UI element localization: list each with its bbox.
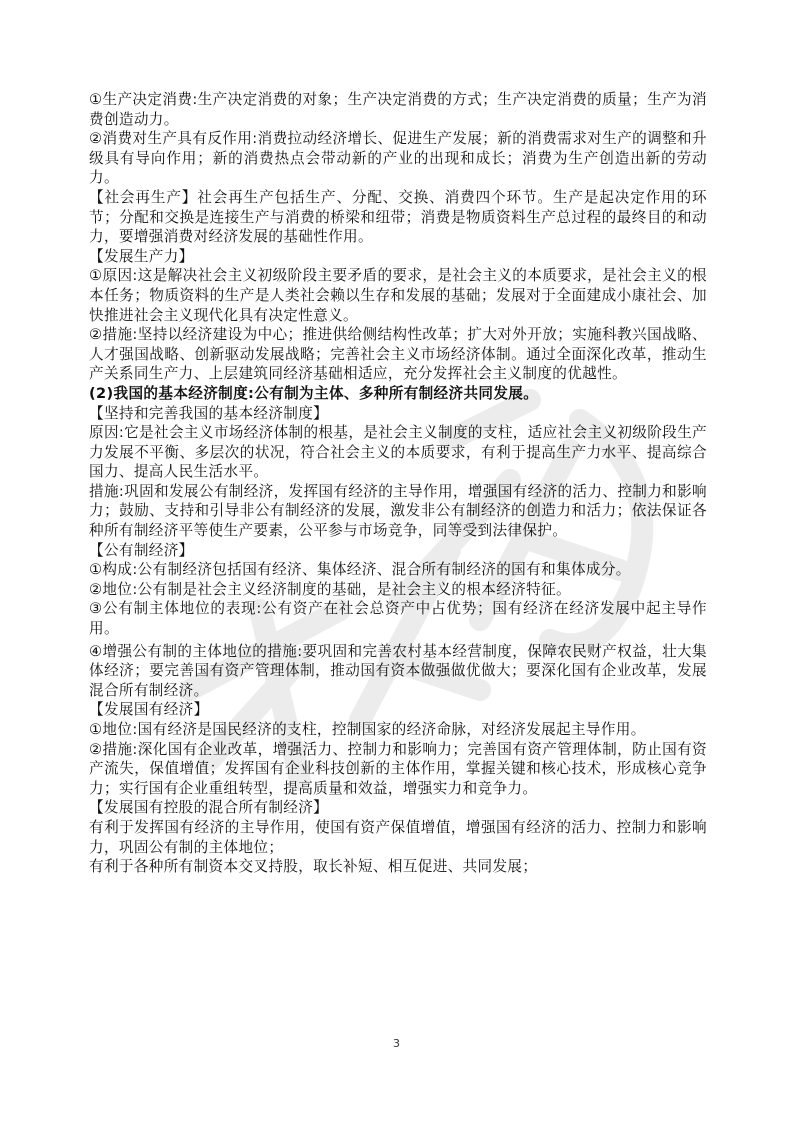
paragraph-consumption-reacts-on-production: ②消费对生产具有反作用:消费拉动经济增长、促进生产发展；新的消费需求对生产的调整…: [89, 129, 707, 188]
heading-public-ownership: 【公有制经济】: [89, 541, 707, 561]
paragraph-productivity-measures: ②措施:坚持以经济建设为中心；推进供给侧结构性改革；扩大对外开放；实施科教兴国战…: [89, 325, 707, 384]
paragraph-state-owned-measures: ②措施:深化国有企业改革，增强活力、控制力和影响力；完善国有资产管理体制，防止国…: [89, 740, 707, 799]
paragraph-public-ownership-composition: ①构成:公有制经济包括国有经济、集体经济、混合所有制经济的国有和集体成分。: [89, 560, 707, 580]
paragraph-public-ownership-status: ②地位:公有制是社会主义经济制度的基础，是社会主义的根本经济特征。: [89, 580, 707, 600]
page-number: 3: [0, 1037, 793, 1050]
paragraph-production-determines-consumption: ①生产决定消费:生产决定消费的对象；生产决定消费的方式；生产决定消费的质量；生产…: [89, 90, 707, 129]
paragraph-productivity-reason: ①原因:这是解决社会主义初级阶段主要矛盾的要求，是社会主义的本质要求，是社会主义…: [89, 266, 707, 325]
heading-mixed-ownership: 【发展国有控股的混合所有制经济】: [89, 798, 707, 818]
heading-state-owned-economy: 【发展国有经济】: [89, 700, 707, 720]
paragraph-basic-system-reason: 原因:它是社会主义市场经济体制的根基，是社会主义制度的支柱，适应社会主义初级阶段…: [89, 423, 707, 482]
heading-uphold-basic-economic-system: 【坚持和完善我国的基本经济制度】: [89, 404, 707, 424]
paragraph-mixed-ownership-benefit-1: 有利于发挥国有经济的主导作用，使国有资产保值增值，增强国有经济的活力、控制力和影…: [89, 818, 707, 857]
paragraph-basic-system-measures: 措施:巩固和发展公有制经济，发挥国有经济的主导作用，增强国有经济的活力、控制力和…: [89, 482, 707, 541]
heading-develop-productivity: 【发展生产力】: [89, 247, 707, 267]
document-body: ①生产决定消费:生产决定消费的对象；生产决定消费的方式；生产决定消费的质量；生产…: [89, 90, 707, 877]
paragraph-public-ownership-dominance: ③公有制主体地位的表现:公有资产在社会总资产中占优势；国有经济在经济发展中起主导…: [89, 599, 707, 638]
paragraph-social-reproduction: 【社会再生产】社会再生产包括生产、分配、交换、消费四个环节。生产是起决定作用的环…: [89, 188, 707, 247]
document-page: ①生产决定消费:生产决定消费的对象；生产决定消费的方式；生产决定消费的质量；生产…: [0, 0, 793, 1122]
paragraph-state-owned-status: ①地位:国有经济是国民经济的支柱，控制国家的经济命脉，对经济发展起主导作用。: [89, 720, 707, 740]
paragraph-mixed-ownership-benefit-2: 有利于各种所有制资本交叉持股，取长补短、相互促进、共同发展；: [89, 857, 707, 877]
section-title-basic-economic-system: (2)我国的基本经济制度:公有制为主体、多种所有制经济共同发展。: [89, 384, 707, 404]
paragraph-public-ownership-measures: ④增强公有制的主体地位的措施:要巩固和完善农村基本经营制度，保障农民财产权益，壮…: [89, 642, 707, 701]
